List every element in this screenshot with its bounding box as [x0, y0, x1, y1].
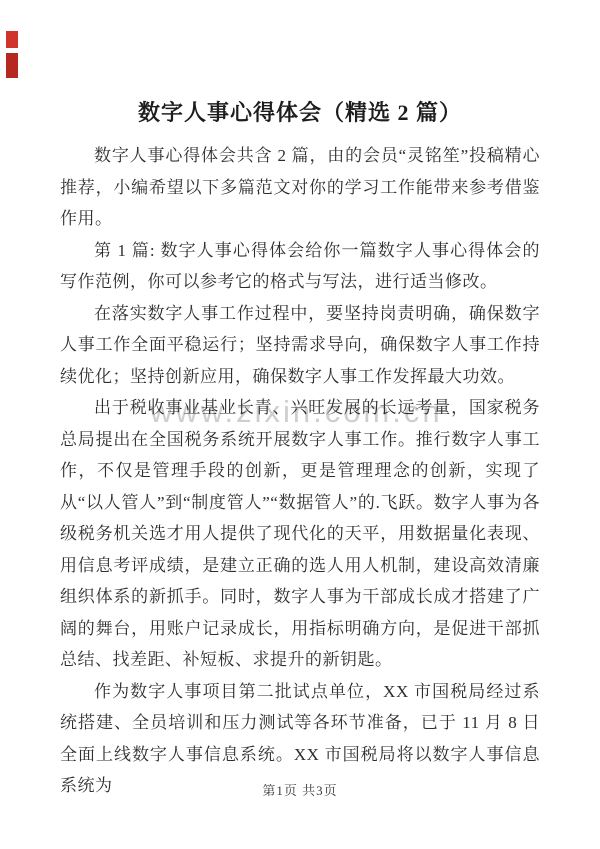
paragraph-principles: 在落实数字人事工作过程中，要坚持岗责明确，确保数字人事工作全面平稳运行；坚持需求… — [60, 298, 540, 393]
red-seal-mark-bottom — [6, 53, 18, 78]
paragraph-part1-heading: 第 1 篇: 数字人事心得体会给你一篇数字人事心得体会的写作范例，你可以参考它的… — [60, 235, 540, 298]
paragraph-main: 出于税收事业基业长青、兴旺发展的长远考量，国家税务总局提出在全国税务系统开展数字… — [60, 392, 540, 676]
document-content: 数字人事心得体会（精选 2 篇） 数字人事心得体会共含 2 篇，由的会员“灵铭笙… — [60, 96, 540, 802]
document-body: 数字人事心得体会共含 2 篇，由的会员“灵铭笙”投稿精心推荐，小编希望以下多篇范… — [60, 140, 540, 802]
document-page: www.zixin.com.cn 数字人事心得体会（精选 2 篇） 数字人事心得… — [0, 0, 600, 849]
red-seal-mark-top — [6, 31, 18, 48]
page-title: 数字人事心得体会（精选 2 篇） — [60, 96, 540, 130]
page-number: 第1页 共3页 — [0, 780, 600, 799]
paragraph-intro: 数字人事心得体会共含 2 篇，由的会员“灵铭笙”投稿精心推荐，小编希望以下多篇范… — [60, 140, 540, 235]
